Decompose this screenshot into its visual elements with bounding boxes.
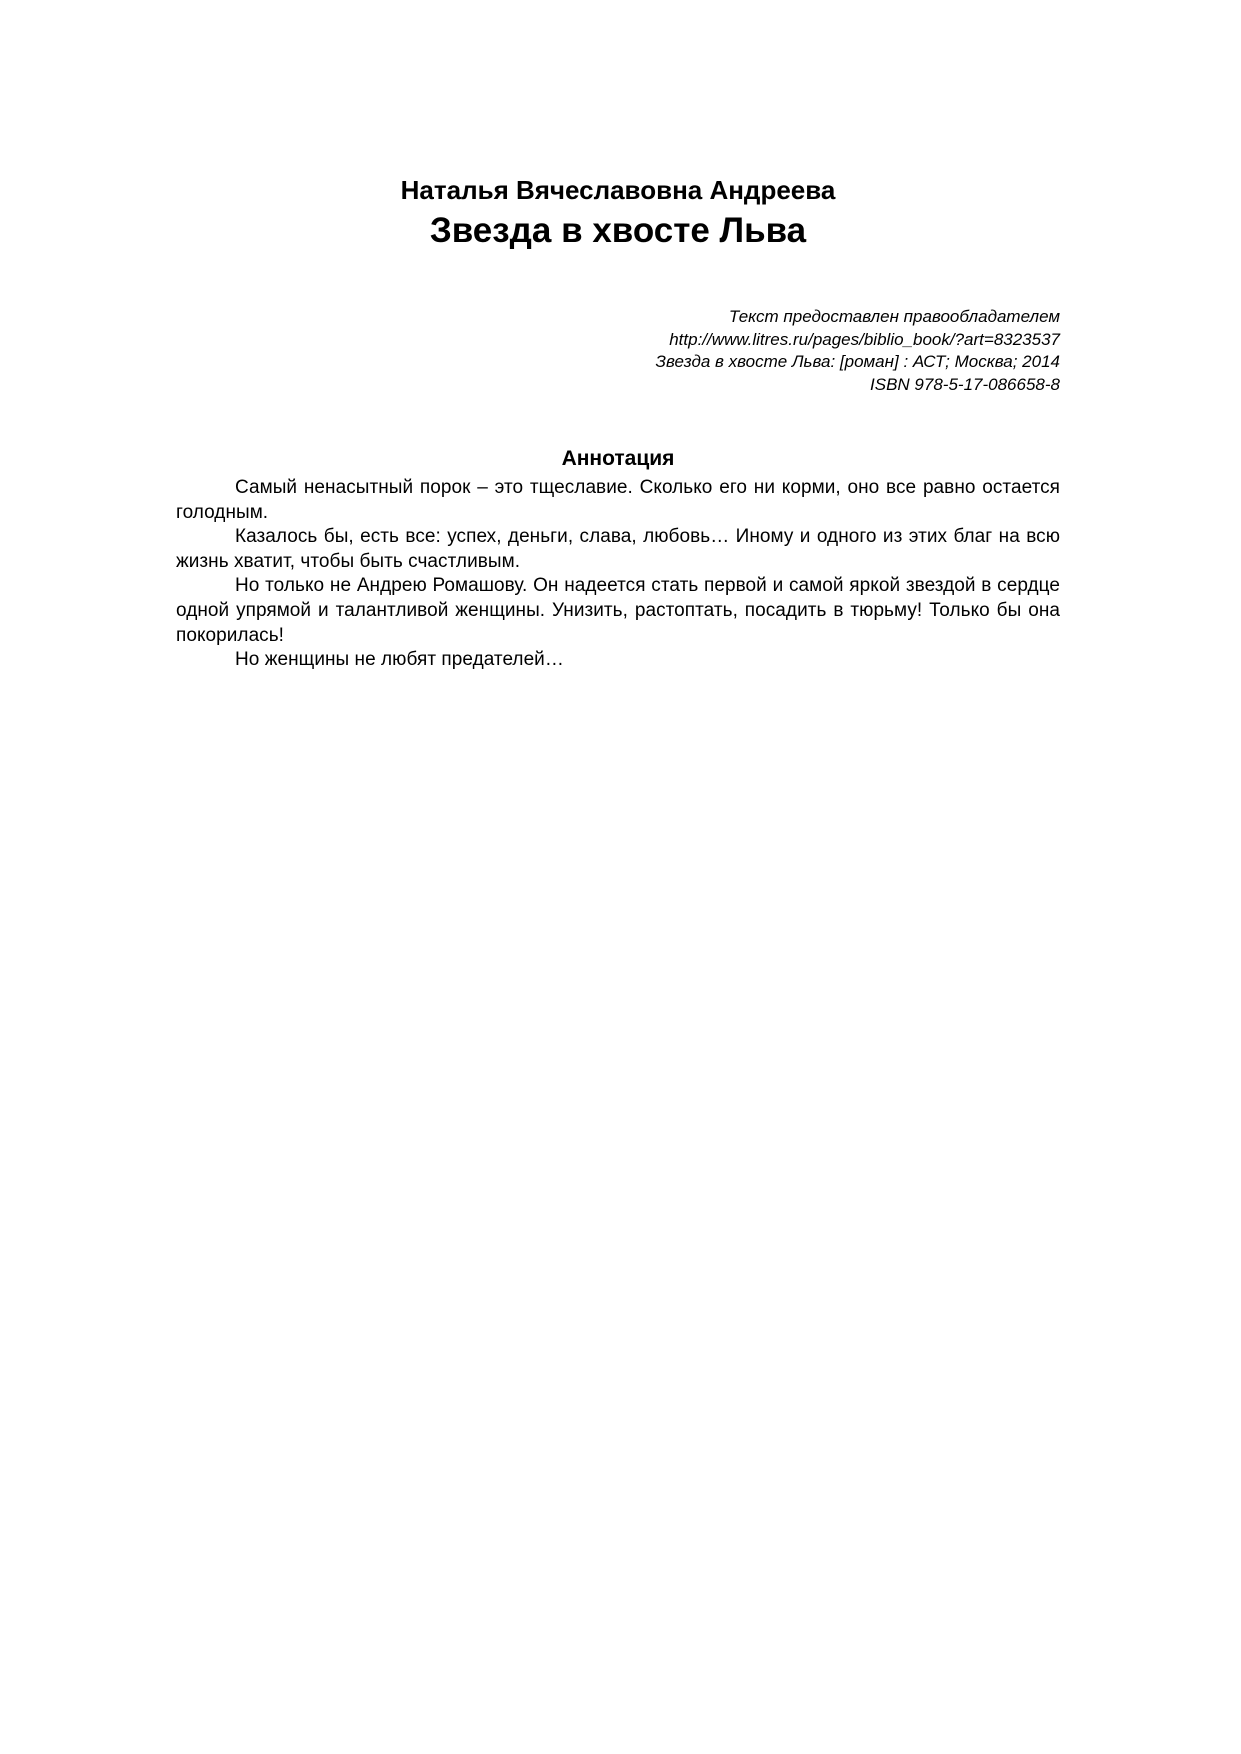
bibliographic-info: Звезда в хвосте Льва: [роман] : АСТ; Мос… — [656, 351, 1060, 374]
annotation-heading: Аннотация — [176, 446, 1060, 472]
publication-info: Текст предоставлен правообладателем http… — [656, 306, 1060, 396]
annotation-paragraph: Самый ненасытный порок – это тщеславие. … — [176, 476, 1060, 525]
source-url: http://www.litres.ru/pages/biblio_book/?… — [656, 329, 1060, 352]
book-title: Звезда в хвосте Льва — [176, 210, 1060, 252]
annotation-paragraph: Казалось бы, есть все: успех, деньги, сл… — [176, 525, 1060, 574]
author-name: Наталья Вячеславовна Андреева — [176, 174, 1060, 206]
annotation-paragraph: Но только не Андрею Ромашову. Он надеетс… — [176, 574, 1060, 648]
isbn: ISBN 978-5-17-086658-8 — [656, 374, 1060, 397]
annotation-body: Самый ненасытный порок – это тщеславие. … — [176, 476, 1060, 673]
rights-holder-note: Текст предоставлен правообладателем — [656, 306, 1060, 329]
annotation-paragraph: Но женщины не любят предателей… — [176, 648, 1060, 673]
